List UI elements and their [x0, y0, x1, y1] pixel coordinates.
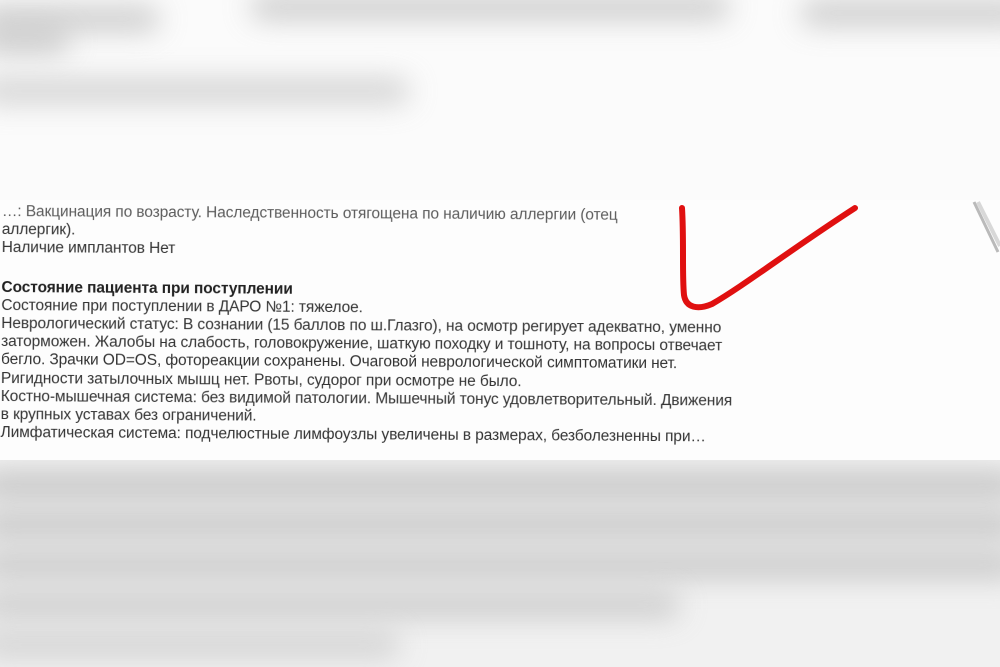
blurred-top-region: [0, 0, 1000, 200]
text-line: Наличие имплантов Нет: [2, 239, 733, 262]
blurred-bottom-region: [0, 460, 1000, 667]
document-body: …: Вакцинация по возрасту. Наследственно…: [1, 200, 734, 447]
text-line: Лимфатическая система: подчелюстные лимф…: [1, 424, 732, 447]
page-fold-edge: [970, 200, 1000, 270]
document-page-strip: …: Вакцинация по возрасту. Наследственно…: [0, 200, 1000, 460]
